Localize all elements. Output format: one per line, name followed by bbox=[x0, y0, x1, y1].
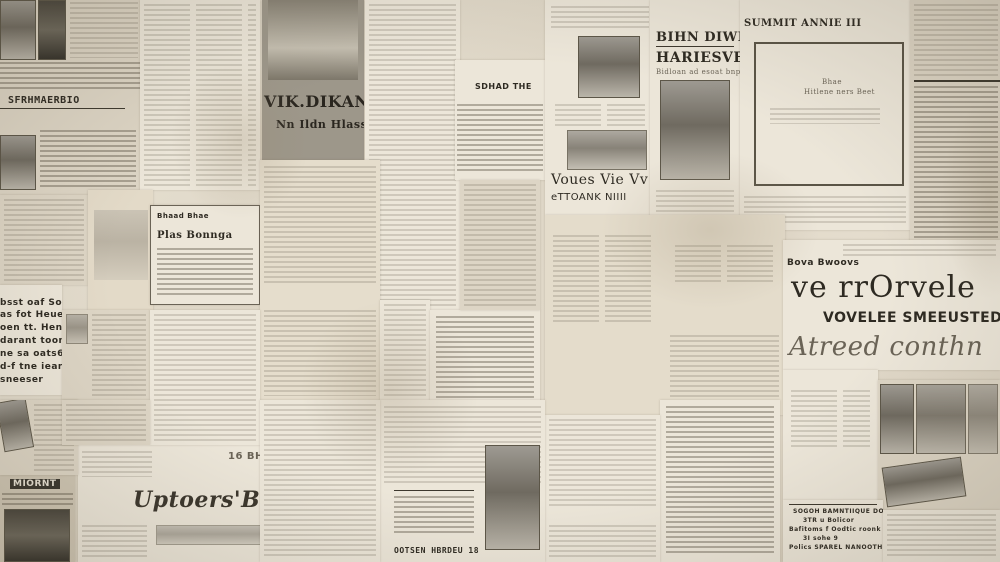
article-heading: Bhaad Bhae bbox=[157, 212, 209, 220]
poster-title: VIK.DIKAN bbox=[264, 92, 364, 111]
photo-people bbox=[4, 509, 70, 562]
clipping-left-strip bbox=[62, 400, 150, 445]
clipping-masthead: Bova Bwoovs ve rrOrvele VOVELEE SMEEUSTE… bbox=[783, 240, 1000, 370]
clipping-bottom-right-caption: SOGOH BAMNTIIQUE DOE 3TR u Bolicor Bafit… bbox=[783, 500, 883, 562]
notice-line: Hitlene ners Beet bbox=[804, 88, 875, 96]
photo-tilted bbox=[0, 400, 34, 452]
masthead-top-line bbox=[843, 244, 996, 256]
clipping-ad: SDHAD THE bbox=[455, 60, 545, 180]
clipping-bottom-right-text bbox=[783, 370, 878, 500]
text-body bbox=[4, 199, 84, 281]
masthead-small: Bova Bwoovs bbox=[787, 258, 859, 268]
text-block bbox=[0, 62, 140, 90]
photo-caption bbox=[2, 493, 73, 507]
text-body bbox=[92, 314, 146, 396]
caption-line-5: Polics SPAREL NANOOTH bbox=[789, 544, 883, 551]
clipping-right-column bbox=[910, 0, 1000, 245]
clipping-top-left: SFRHMAERBIO bbox=[0, 0, 140, 195]
clipping-faded-article bbox=[260, 160, 380, 400]
text-body-lower bbox=[264, 310, 376, 396]
text-header bbox=[82, 451, 152, 477]
notice-label: SUMMIT ANNIE III bbox=[744, 18, 862, 29]
table-right bbox=[675, 245, 775, 285]
text-columns bbox=[144, 4, 256, 186]
newspaper-collage: SFRHMAERBIO VIK.DIKAN Nn Ildn Hlass SDHA… bbox=[0, 0, 1000, 562]
notice-title: Bhae bbox=[822, 78, 842, 86]
clipping-bottom-mid bbox=[545, 415, 660, 562]
clipping-narrow bbox=[380, 300, 430, 400]
divider bbox=[394, 490, 474, 491]
caption-heading: SFRHMAERBIO bbox=[8, 95, 80, 106]
headline-line-1: bsst oaf Sote bbox=[0, 297, 62, 310]
text-body bbox=[670, 335, 779, 409]
photo-vase bbox=[485, 445, 540, 550]
notice-text bbox=[770, 108, 880, 124]
article-title: Plas Bonnga bbox=[157, 230, 233, 241]
photo-label: MIORNT bbox=[10, 479, 60, 489]
headline-line-6: d-f tne ieanu bbox=[0, 362, 62, 372]
photo-page-2 bbox=[916, 384, 966, 454]
photo-page-1 bbox=[880, 384, 914, 454]
text-block bbox=[791, 390, 870, 450]
ad-body bbox=[457, 104, 543, 174]
text-header bbox=[551, 6, 649, 30]
caption-line-2: 3TR u Bolicor bbox=[803, 517, 854, 524]
photo-building bbox=[567, 130, 647, 170]
faded-image bbox=[94, 210, 148, 280]
article-heading-2: HARIESVER bbox=[656, 50, 740, 66]
bottom-script-title: Uptoers'Bs bbox=[133, 487, 273, 513]
text-body bbox=[666, 406, 774, 556]
text-body bbox=[464, 184, 536, 306]
clipping-tables bbox=[545, 215, 785, 415]
clipping-bottom-script: 16 BHERF Uptoers'Bs bbox=[78, 445, 278, 562]
clipping-bottom-left-photo: MIORNT bbox=[0, 475, 75, 562]
photo-window bbox=[38, 0, 66, 60]
clipping-corner bbox=[883, 510, 1000, 562]
text-body bbox=[887, 514, 996, 558]
text-column bbox=[394, 496, 474, 536]
text-body bbox=[384, 304, 426, 396]
text-lower bbox=[914, 86, 998, 241]
clipping-right-article: BIHN DIWNREIT HARIESVER Bidloan ad esoat… bbox=[650, 0, 740, 230]
clipping-blank-sheet bbox=[88, 190, 153, 310]
article-heading-1: BIHN DIWNREIT bbox=[656, 30, 740, 45]
clipping-side bbox=[62, 310, 150, 400]
photo-statue bbox=[0, 0, 36, 60]
clipping-lower-column bbox=[260, 400, 380, 562]
text-column bbox=[82, 525, 147, 558]
clipping-bottom-right-photos bbox=[878, 380, 1000, 510]
article-subheading: Bidloan ad esoat bnpauh bbox=[656, 68, 740, 76]
clipping-left-text bbox=[0, 195, 88, 285]
photo-interior bbox=[578, 36, 640, 98]
caption-line-3: Bafitoms f Oodtic roonk bbox=[789, 526, 881, 533]
headline-line-2: as fot Heue bbox=[0, 310, 62, 320]
text-upper bbox=[914, 4, 998, 76]
clipping-left-mid-column bbox=[150, 310, 260, 445]
table-left bbox=[553, 235, 653, 325]
masthead-title: ve rrOrvele bbox=[791, 270, 976, 305]
poster-subtitle: Nn Ildn Hlass bbox=[276, 118, 364, 131]
photo-page-3 bbox=[968, 384, 998, 454]
text-body bbox=[549, 419, 656, 509]
banner-line-1: Voues Vie Vv bbox=[551, 172, 648, 188]
bottom-caption: OOTSEN HBRDEU 18 bbox=[394, 546, 479, 555]
text-column bbox=[40, 130, 136, 190]
text-body bbox=[264, 404, 376, 558]
divider bbox=[789, 504, 877, 505]
text-body bbox=[369, 4, 456, 306]
photo-strip bbox=[156, 525, 266, 545]
clipping-boxed-article: Bhaad Bhae Plas Bonnga bbox=[150, 205, 260, 305]
text-body-upper bbox=[264, 166, 376, 286]
caption-line-1: SOGOH BAMNTIIQUE DOE bbox=[793, 508, 883, 515]
clipping-column bbox=[140, 0, 260, 190]
clipping-bottom-center: OOTSEN HBRDEU 18 bbox=[380, 400, 545, 562]
headline-line-5: ne sa oats6 bbox=[0, 349, 62, 359]
photo-monument bbox=[268, 0, 358, 80]
photo-book bbox=[882, 457, 967, 508]
text-body bbox=[154, 314, 256, 441]
divider bbox=[0, 108, 125, 109]
text-footer bbox=[549, 525, 656, 558]
article-body bbox=[157, 248, 253, 296]
divider bbox=[914, 80, 1000, 82]
photo-temple bbox=[660, 80, 730, 180]
headline-line-4: darant toom bbox=[0, 336, 62, 346]
banner-line-2: eTTOANK NIIII bbox=[551, 192, 627, 203]
photo-small bbox=[66, 314, 88, 344]
masthead-subhead: VOVELEE SMEEUSTED bbox=[823, 310, 1000, 326]
text-body bbox=[66, 404, 146, 441]
clipping-poster: VIK.DIKAN Nn Ildn Hlass bbox=[262, 0, 364, 160]
headline-line-7: sneeser bbox=[0, 375, 43, 385]
headline-line-3: oen tt. Hente bbox=[0, 323, 62, 333]
masthead-script: Atreed conthn bbox=[789, 332, 983, 362]
clipping-photo-page: Voues Vie Vv eTTOANK NIIII bbox=[545, 0, 655, 215]
text-block bbox=[555, 104, 645, 128]
clipping-bottom-column bbox=[660, 400, 780, 562]
clipping-framed-notice: SUMMIT ANNIE III Bhae Hitlene ners Beet bbox=[740, 0, 910, 230]
clipping-mid-column bbox=[460, 180, 540, 310]
clipping-headline-block: bsst oaf Sote as fot Heue oen tt. Hente … bbox=[0, 285, 62, 395]
text-column bbox=[70, 2, 138, 58]
photo-portrait bbox=[0, 135, 36, 190]
ad-header: SDHAD THE bbox=[475, 82, 532, 91]
divider bbox=[656, 46, 734, 47]
caption-line-4: 3I sohe 9 bbox=[803, 535, 838, 542]
